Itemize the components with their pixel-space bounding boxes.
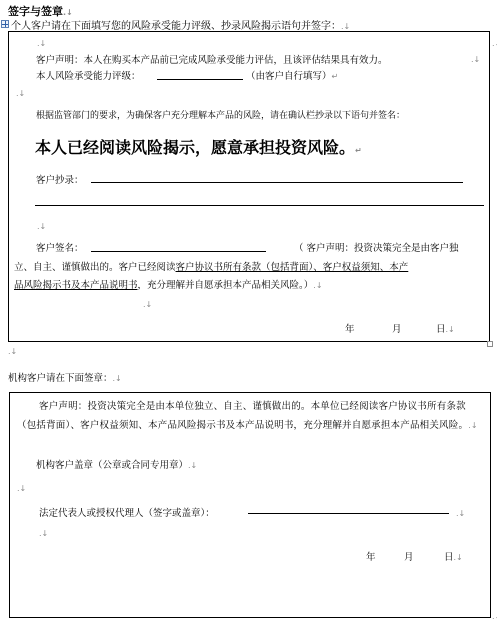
regulatory-note-text: 根据监管部门的要求，为确保客户充分理解本产品的风险，请在确认栏抄录以下语句并签名… [36,111,405,121]
paragraph-mark: .↓ [492,39,497,48]
seal-label: 机构客户盖章（公章或合同专用章）.↓ [36,457,197,471]
table-resize-handle-icon[interactable] [487,341,493,347]
risk-statement: 本人已经阅读风险揭示，愿意承担投资风险。↵ [35,135,362,158]
paragraph-mark: .↓ [37,39,46,48]
risk-statement-text: 本人已经阅读风险揭示，愿意承担投资风险。 [35,138,355,157]
individual-date-year: 年 [345,321,355,335]
paragraph-mark: .↓ [454,553,463,562]
institution-declaration-text: 客户声明：投资决策完全是由本单位独立、自主、谨慎做出的。本单位已经阅读客户协议书… [17,401,468,431]
signature-decl-line2: 立、自主、谨慎做出的。客户已经阅读客户协议书所有条款（包括背面）、客户权益须知、… [14,259,408,273]
seal-label-text: 机构客户盖章（公章或合同专用章） [36,460,188,471]
paragraph-mark: .↓ [492,612,497,621]
individual-declaration-text: 客户声明：本人在购买本产品前已完成风险承受能力评估，且该评估结果具有效力。 [36,55,388,66]
customer-signature-input[interactable] [91,251,266,252]
copy-input-line-1[interactable] [91,182,463,183]
rep-label: 法定代表人或授权代理人（签字或盖章）： [39,505,215,519]
paragraph-mark: .↓ [471,55,480,64]
institution-intro-text: 机构客户请在下面签章： [8,373,113,384]
regulatory-note: 根据监管部门的要求，为确保客户充分理解本产品的风险，请在确认栏抄录以下语句并签名… [36,108,405,121]
decl-underlined-text: 品风险揭示书及本产品说明书 [14,280,138,291]
table-move-handle-icon[interactable] [1,20,9,28]
signature-label: 客户签名： [36,240,84,254]
paragraph-mark: .↓ [143,300,152,309]
day-text: 日 [444,552,454,563]
institution-declaration: 客户声明：投资决策完全是由本单位独立、自主、谨慎做出的。本单位已经阅读客户协议书… [17,397,485,435]
paragraph-mark: .↓ [17,484,26,493]
rating-note-text: （由客户自行填写） [246,71,332,82]
decl-text: ，充分理解并自愿承担本产品相关风险。） [138,280,314,291]
institution-intro: 机构客户请在下面签章：.↓ [8,370,122,384]
institution-date-year: 年 [366,549,376,563]
paragraph-mark: .↓ [468,421,478,430]
paragraph-mark: .↓ [16,89,25,98]
day-text: 日 [436,324,446,335]
representative-signature-input[interactable] [248,513,449,514]
rating-label: 本人风险承受能力评级： [36,68,141,82]
institution-date-day: 日.↓ [444,549,463,563]
copy-label: 客户抄录： [36,172,84,186]
signature-decl-line3: 品风险揭示书及本产品说明书，充分理解并自愿承担本产品相关风险。）.↓ [14,277,323,291]
paragraph-mark: .↓ [446,325,455,334]
decl-text: 立、自主、谨慎做出的。客户已经阅读 [14,262,176,273]
individual-intro: 个人客户请在下面填写您的风险承受能力评级、抄录风险揭示语句并签字：.↓ [11,17,350,32]
risk-rating-input[interactable] [157,79,243,80]
decl-underlined-text: 客户协议书所有条款（包括背面）、客户权益须知、本产 [176,262,409,273]
paragraph-mark: .↓ [37,222,46,231]
paragraph-mark: .↓ [8,347,17,356]
paragraph-mark: .↓ [39,529,48,538]
institution-date-month: 月 [404,549,414,563]
paragraph-mark: .↓ [456,509,465,518]
individual-declaration: 客户声明：本人在购买本产品前已完成风险承受能力评估，且该评估结果具有效力。 [36,52,388,66]
copy-input-line-2[interactable] [35,205,484,206]
paragraph-mark: .↓ [313,281,322,290]
rating-note: （由客户自行填写）↵ [246,68,338,82]
paragraph-mark: .↓ [63,8,73,17]
return-mark: ↵ [332,72,339,81]
paragraph-mark: .↓ [113,374,122,383]
return-mark: ↵ [355,146,362,155]
signature-decl-start: （ 客户声明：投资决策完全是由客户独 [294,240,459,254]
individual-date-month: 月 [392,321,402,335]
individual-date-day: 日.↓ [436,321,455,335]
paragraph-mark: .↓ [188,461,197,470]
paragraph-mark: .↓ [341,22,350,31]
